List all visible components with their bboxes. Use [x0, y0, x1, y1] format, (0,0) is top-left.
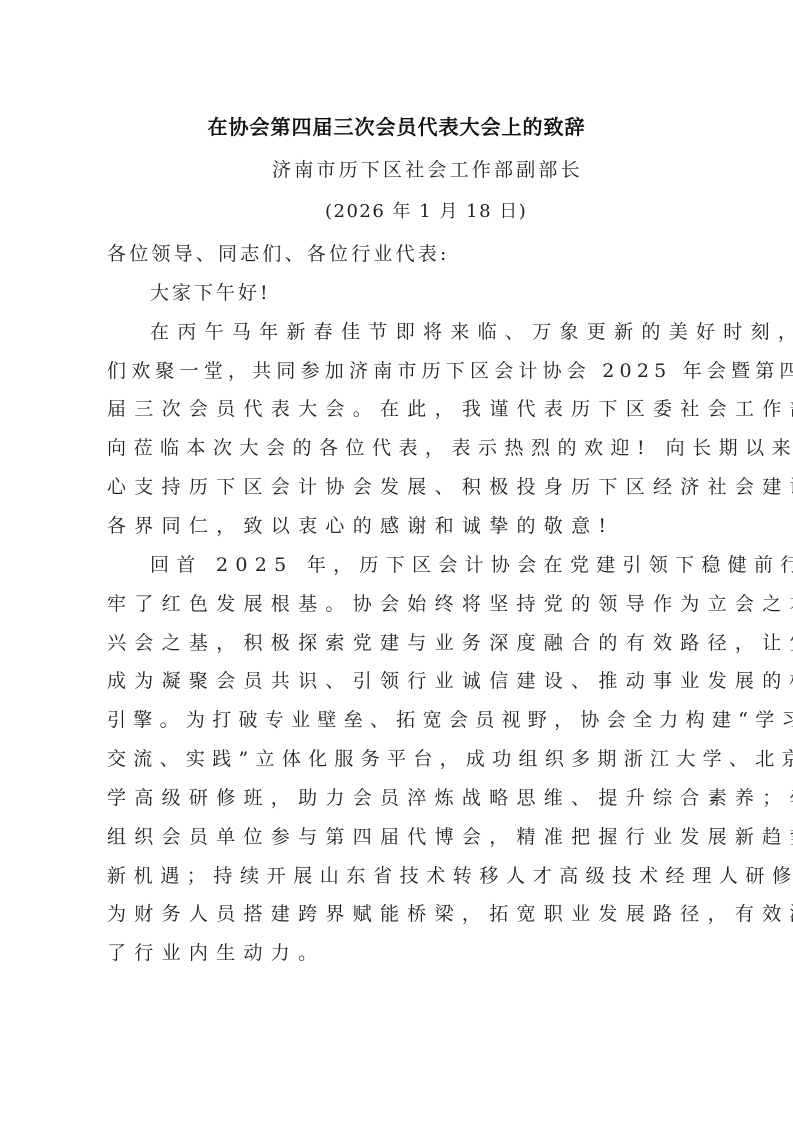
paragraph-1-line: 届三次会员代表大会。在此，我谨代表历下区委社会工作部，	[107, 394, 707, 424]
document-page: 在协会第四届三次会员代表大会上的致辞 济南市历下区社会工作部副部长 (2026 …	[0, 0, 793, 1122]
document-title: 在协会第四届三次会员代表大会上的致辞	[0, 112, 793, 142]
speaker-line: 济南市历下区社会工作部副部长	[272, 155, 583, 185]
date-line: (2026 年 1 月 18 日)	[325, 197, 527, 227]
paragraph-2-line: 了行业内生动力。	[107, 938, 707, 968]
paragraph-2-line: 学高级研修班，助力会员淬炼战略思维、提升综合素养；牵头	[107, 783, 707, 813]
paragraph-2-line: 引擎。为打破专业壁垒、拓宽会员视野，协会全力构建“学习、	[107, 705, 707, 735]
paragraph-2-line: 交流、实践”立体化服务平台，成功组织多期浙江大学、北京大	[107, 744, 707, 774]
paragraph-2-line: 组织会员单位参与第四届代博会，精准把握行业发展新趋势、	[107, 822, 707, 852]
greeting: 大家下午好!	[150, 278, 750, 308]
paragraph-2-line: 兴会之基，积极探索党建与业务深度融合的有效路径，让党建	[107, 628, 707, 658]
paragraph-1-line: 向莅临本次大会的各位代表，表示热烈的欢迎! 向长期以来关	[107, 433, 707, 463]
paragraph-1-line: 们欢聚一堂，共同参加济南市历下区会计协会 2025 年会暨第四	[107, 356, 707, 386]
paragraph-2-line: 回首 2025 年，历下区会计协会在党建引领下稳健前行，筑	[150, 550, 750, 580]
paragraph-1-line: 各界同仁，致以衷心的感谢和诚挚的敬意!	[107, 511, 707, 541]
paragraph-2-line: 新机遇；持续开展山东省技术转移人才高级技术经理人研修班，	[107, 861, 707, 891]
paragraph-2-line: 牢了红色发展根基。协会始终将坚持党的领导作为立会之本、	[107, 589, 707, 619]
paragraph-1-line: 在丙午马年新春佳节即将来临、万象更新的美好时刻，我	[150, 317, 750, 347]
salutation: 各位领导、同志们、各位行业代表:	[107, 239, 707, 269]
paragraph-2-line: 为财务人员搭建跨界赋能桥梁，拓宽职业发展路径，有效激发	[107, 899, 707, 929]
paragraph-2-line: 成为凝聚会员共识、引领行业诚信建设、推动事业发展的核心	[107, 666, 707, 696]
paragraph-1-line: 心支持历下区会计协会发展、积极投身历下区经济社会建设的	[107, 472, 707, 502]
